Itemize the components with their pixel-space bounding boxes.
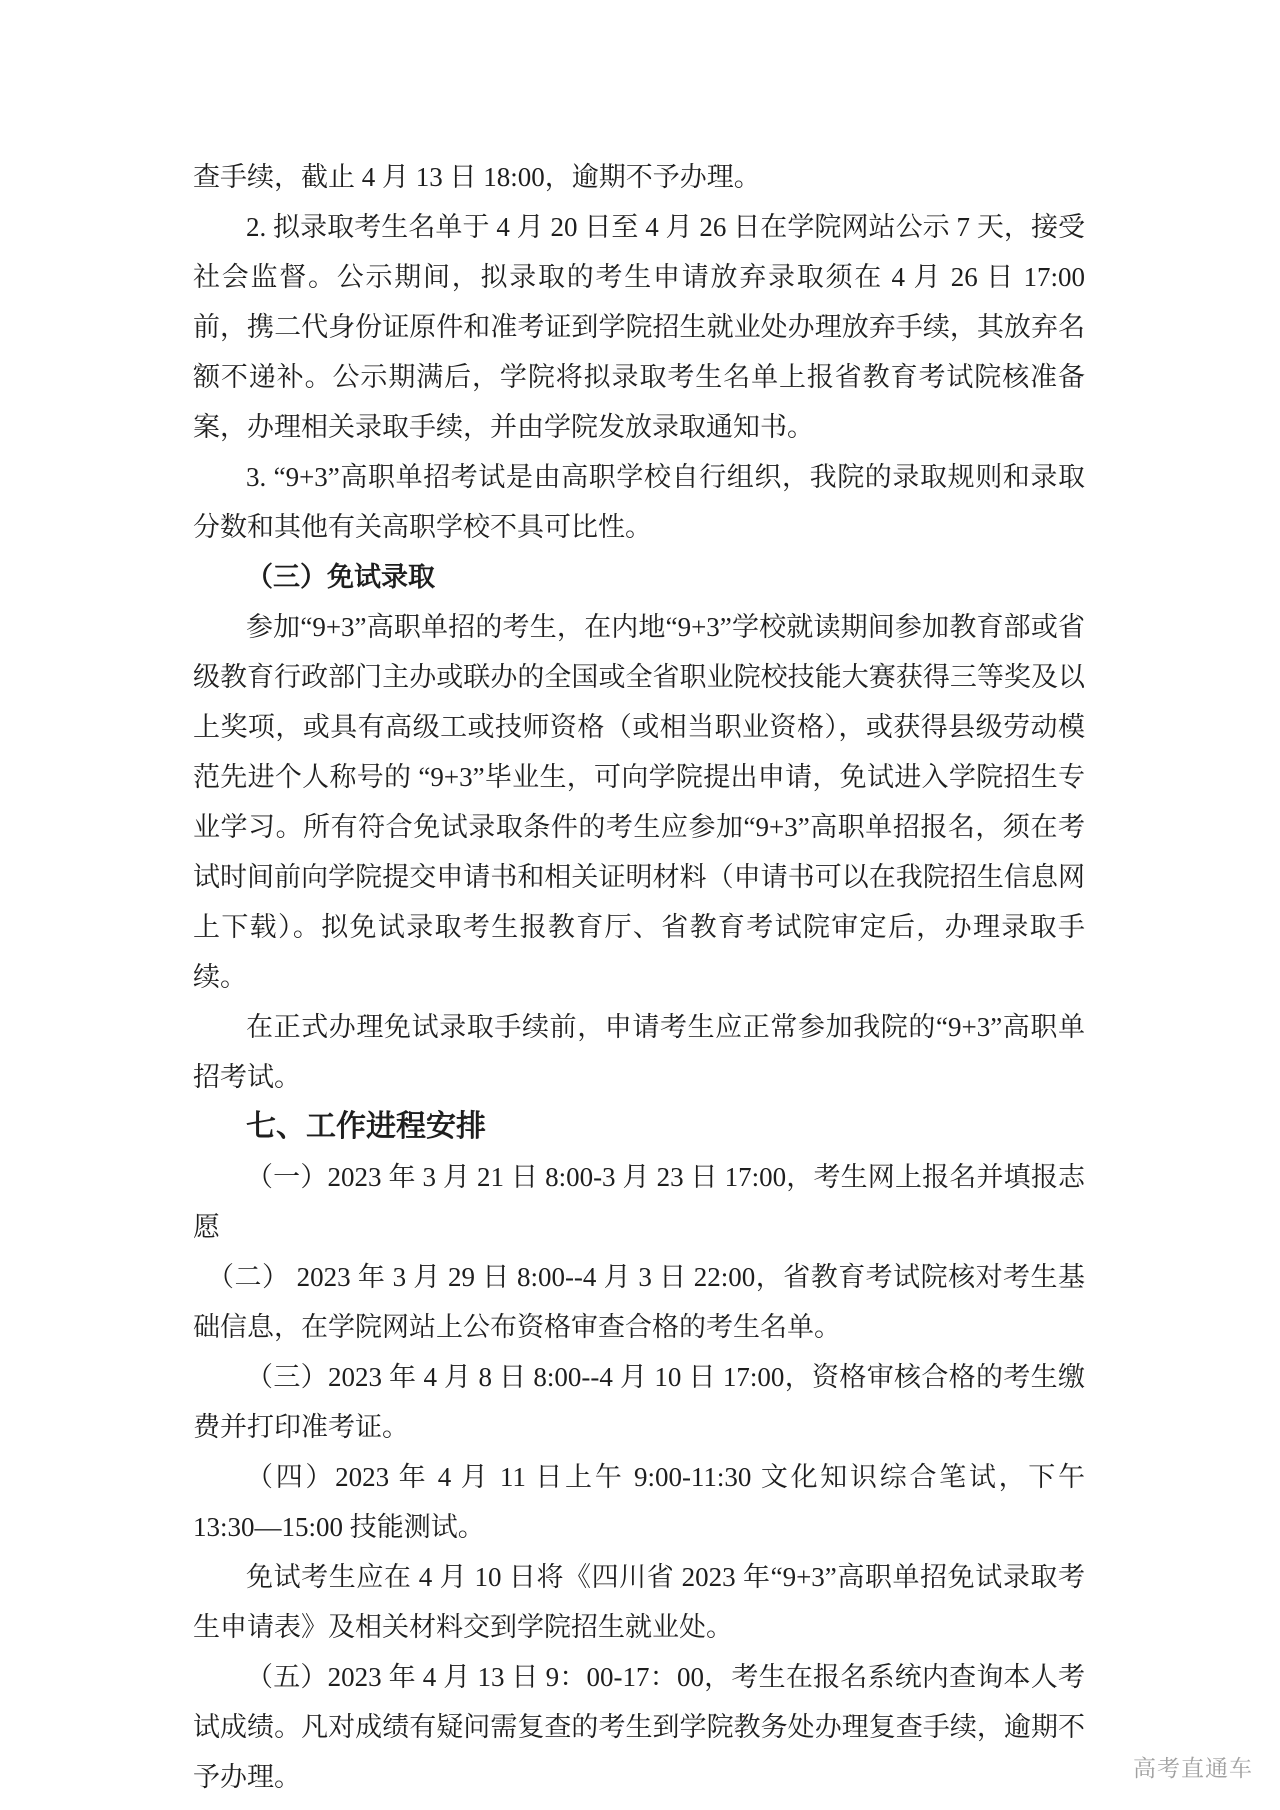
paragraph: 2. 拟录取考生名单于 4 月 20 日至 4 月 26 日在学院网站公示 7 … (193, 202, 1085, 452)
paragraph: （四）2023 年 4 月 11 日上午 9:00-11:30 文化知识综合笔试… (193, 1452, 1085, 1552)
section-heading: 七、工作进程安排 (193, 1102, 1085, 1152)
section-subheading: （三）免试录取 (193, 552, 1085, 602)
paragraph: 查手续，截止 4 月 13 日 18:00，逾期不予办理。 (193, 152, 1085, 202)
paragraph: 在正式办理免试录取手续前，申请考生应正常参加我院的“9+3”高职单招考试。 (193, 1002, 1085, 1102)
paragraph: 免试考生应在 4 月 10 日将《四川省 2023 年“9+3”高职单招免试录取… (193, 1552, 1085, 1652)
document-body: 查手续，截止 4 月 13 日 18:00，逾期不予办理。2. 拟录取考生名单于… (193, 152, 1085, 1802)
paragraph: （一）2023 年 3 月 21 日 8:00-3 月 23 日 17:00，考… (193, 1152, 1085, 1252)
watermark: 高考直通车 (1133, 1750, 1253, 1783)
paragraph: （三）2023 年 4 月 8 日 8:00--4 月 10 日 17:00，资… (193, 1352, 1085, 1452)
paragraph: 3. “9+3”高职单招考试是由高职学校自行组织，我院的录取规则和录取分数和其他… (193, 452, 1085, 552)
document-page: 查手续，截止 4 月 13 日 18:00，逾期不予办理。2. 拟录取考生名单于… (0, 0, 1280, 1810)
paragraph: （五）2023 年 4 月 13 日 9：00-17：00，考生在报名系统内查询… (193, 1652, 1085, 1802)
paragraph: 参加“9+3”高职单招的考生，在内地“9+3”学校就读期间参加教育部或省级教育行… (193, 602, 1085, 1002)
paragraph: （二） 2023 年 3 月 29 日 8:00--4 月 3 日 22:00，… (193, 1252, 1085, 1352)
